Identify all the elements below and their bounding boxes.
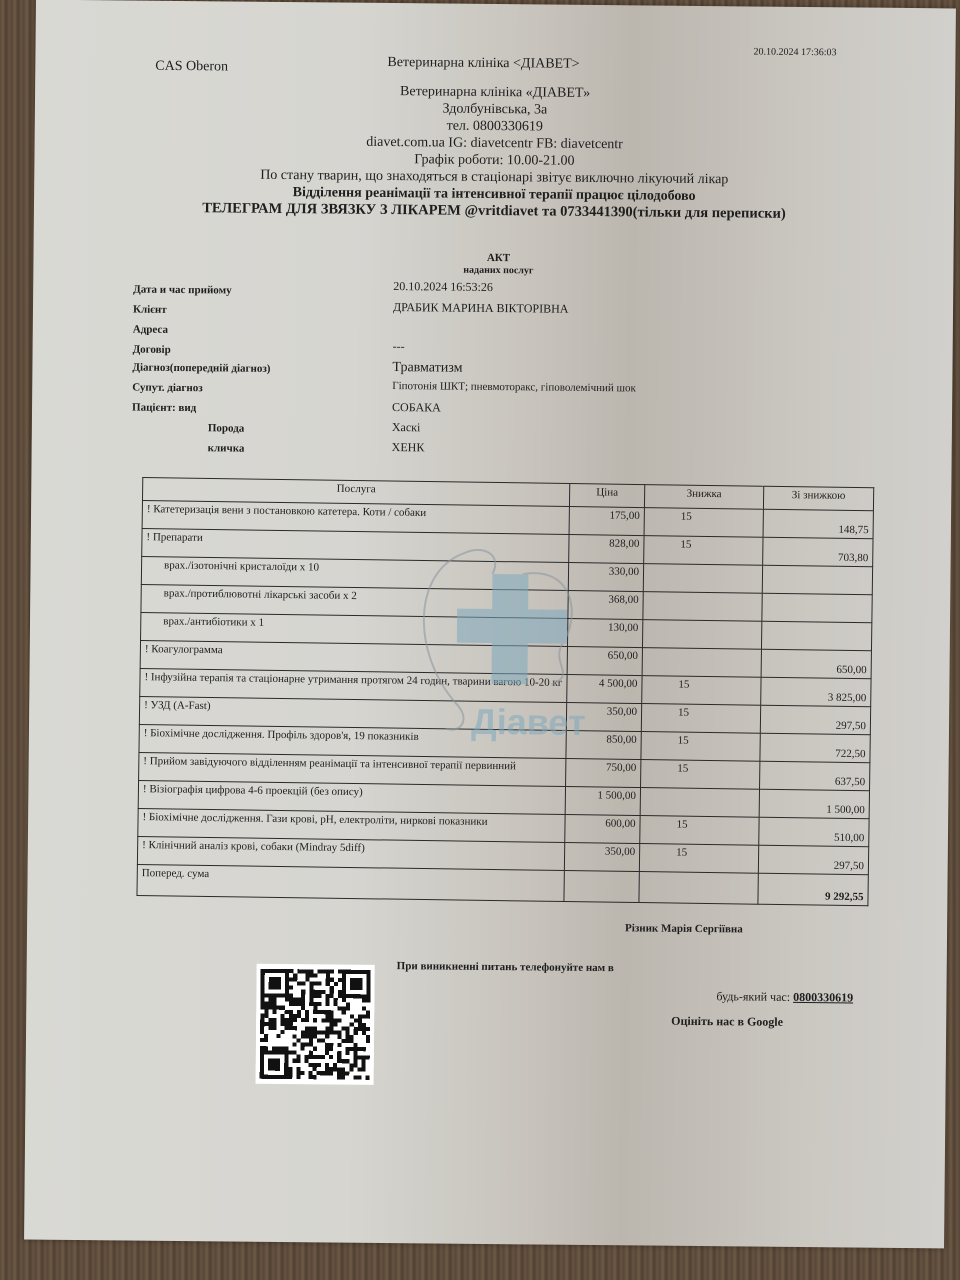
info-value-client: ДРАБИК МАРИНА ВІКТОРІВНА bbox=[393, 300, 569, 317]
service-discount: 15 bbox=[640, 816, 759, 846]
service-price: 750,00 bbox=[566, 759, 641, 788]
info-value-species: СОБАКА bbox=[392, 400, 441, 415]
patient-info: Дата и час прийому 20.10.2024 16:53:26 К… bbox=[36, 0, 956, 8]
doctor-name: Різник Марія Сергіївна bbox=[625, 922, 743, 935]
service-price: 828,00 bbox=[569, 535, 644, 564]
info-label-date: Дата и час прийому bbox=[133, 284, 232, 297]
service-discounted-total: 650,00 bbox=[761, 649, 871, 679]
service-discounted-total: 510,00 bbox=[759, 817, 869, 847]
service-price: 350,00 bbox=[564, 842, 639, 871]
service-discount bbox=[642, 620, 761, 650]
service-discount: 15 bbox=[644, 508, 763, 538]
service-discount: 15 bbox=[641, 760, 760, 790]
qr-code[interactable] bbox=[256, 964, 375, 1085]
service-discount bbox=[643, 592, 762, 622]
service-price: 850,00 bbox=[566, 731, 641, 760]
services-table: Послуга Ціна Знижка Зі знижкою ! Катетер… bbox=[136, 477, 874, 906]
total-label: Поперед. сума bbox=[137, 865, 564, 902]
total-empty-discount bbox=[639, 872, 758, 905]
service-price: 650,00 bbox=[567, 647, 642, 676]
service-discount: 15 bbox=[641, 704, 760, 734]
invoice-paper: CAS Oberon Ветеринарна клініка <ДІАВЕТ> … bbox=[24, 0, 956, 1248]
act-title: АКТ bbox=[433, 251, 563, 264]
info-label-nickname: кличка bbox=[208, 442, 245, 454]
info-label-contract: Договір bbox=[133, 344, 171, 356]
hotline-phone-link[interactable]: 0800330619 bbox=[793, 990, 853, 1005]
clinic-header: Ветеринарна клініка «ДІАВЕТ» Здолбунівсь… bbox=[34, 80, 955, 225]
service-discounted-total: 637,50 bbox=[760, 761, 870, 791]
service-price: 4 500,00 bbox=[567, 675, 642, 704]
service-price: 175,00 bbox=[569, 507, 644, 536]
info-value-nickname: ХЕНК bbox=[392, 440, 425, 455]
system-name: CAS Oberon bbox=[155, 59, 228, 76]
service-discounted-total bbox=[761, 621, 871, 651]
info-label-concomitant: Супут. діагноз bbox=[132, 382, 203, 395]
service-discount: 15 bbox=[644, 536, 763, 566]
service-discounted-total: 297,50 bbox=[760, 705, 870, 735]
service-discounted-total: 1 500,00 bbox=[759, 789, 869, 819]
service-discounted-total bbox=[762, 565, 872, 595]
service-discount: 15 bbox=[639, 844, 758, 874]
footer-question-line: При виникненні питань телефонуйте нам в bbox=[397, 960, 614, 974]
info-value-breed: Хаскі bbox=[392, 420, 421, 435]
service-discounted-total: 703,80 bbox=[763, 537, 873, 567]
footer-anytime: будь-який час: 0800330619 bbox=[716, 989, 853, 1005]
clinic-title: Ветеринарна клініка <ДІАВЕТ> bbox=[387, 55, 579, 73]
total-empty-price bbox=[564, 870, 639, 902]
info-label-address: Адреса bbox=[133, 324, 168, 336]
service-price: 130,00 bbox=[567, 619, 642, 648]
service-discount bbox=[643, 564, 762, 594]
service-discount bbox=[640, 788, 759, 818]
service-discounted-total: 148,75 bbox=[763, 509, 873, 539]
col-header-discount: Знижка bbox=[644, 485, 763, 510]
service-discounted-total bbox=[762, 593, 872, 623]
service-price: 330,00 bbox=[568, 563, 643, 592]
info-value-diagnosis: Травматизм bbox=[392, 360, 462, 377]
service-price: 600,00 bbox=[565, 814, 640, 843]
service-price: 1 500,00 bbox=[565, 787, 640, 816]
info-label-client: Клієнт bbox=[133, 304, 167, 316]
info-value-concomitant: Гіпотонія ШКТ; пневмоторакс, гіповолеміч… bbox=[392, 380, 636, 394]
print-timestamp: 20.10.2024 17:36:03 bbox=[753, 47, 836, 59]
service-price: 350,00 bbox=[566, 703, 641, 732]
act-subtitle: наданих послуг bbox=[433, 264, 563, 276]
col-header-price: Ціна bbox=[569, 484, 644, 508]
anytime-label: будь-який час: bbox=[716, 989, 790, 1004]
info-label-diagnosis: Діагноз(попередній діагноз) bbox=[132, 362, 270, 375]
info-value-date: 20.10.2024 16:53:26 bbox=[393, 279, 493, 295]
rate-google-link[interactable]: Оцініть нас в Google bbox=[671, 1014, 783, 1030]
info-label-species: Пацієнт: вид bbox=[132, 402, 196, 415]
total-value: 9 292,55 bbox=[758, 873, 868, 906]
service-discounted-total: 297,50 bbox=[758, 845, 868, 875]
service-discounted-total: 3 825,00 bbox=[761, 677, 871, 707]
service-discount bbox=[642, 648, 761, 678]
info-label-breed: Порода bbox=[208, 422, 245, 434]
info-value-contract: --- bbox=[393, 339, 405, 354]
service-discounted-total: 722,50 bbox=[760, 733, 870, 763]
service-discount: 15 bbox=[641, 732, 760, 762]
service-discount: 15 bbox=[642, 676, 761, 706]
service-price: 368,00 bbox=[568, 591, 643, 620]
col-header-discounted: Зі знижкою bbox=[763, 486, 873, 511]
